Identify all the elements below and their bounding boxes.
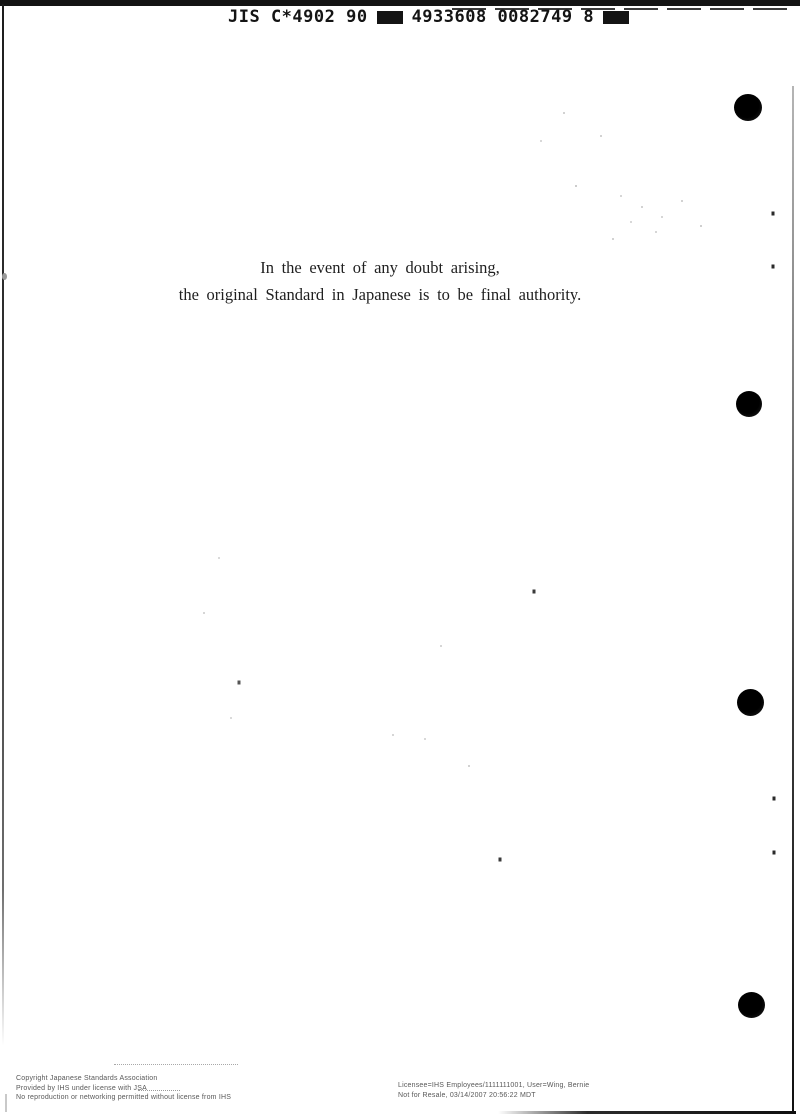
authority-notice-line-2: the original Standard in Japanese is to … xyxy=(20,281,740,308)
licensee-line: Licensee=IHS Employees/1111111001, User=… xyxy=(398,1081,589,1091)
no-reproduction-line: No reproduction or networking permitted … xyxy=(16,1093,231,1103)
left-edge-scan-blob xyxy=(2,273,7,280)
punch-hole xyxy=(738,992,765,1018)
copyright-line: Copyright Japanese Standards Association xyxy=(16,1074,231,1084)
top-border-bar xyxy=(0,0,800,6)
authority-notice: In the event of any doubt arising, the o… xyxy=(20,254,740,308)
license-footer: Licensee=IHS Employees/1111111001, User=… xyxy=(398,1081,589,1100)
bottom-edge-scan-line xyxy=(498,1111,796,1114)
standard-code-suffix: 4933608 0082749 8 xyxy=(412,7,595,27)
not-for-resale-line: Not for Resale, 03/14/2007 20:56:22 MDT xyxy=(398,1091,589,1101)
right-edge-scan-line xyxy=(792,86,794,1114)
filled-block-icon xyxy=(377,11,403,24)
scanned-standard-page: JIS C*4902 90 4933608 0082749 8 In the e… xyxy=(0,0,800,1118)
scan-dotted-artifact xyxy=(114,1064,238,1067)
copyright-footer: Copyright Japanese Standards Association… xyxy=(16,1074,231,1103)
punch-hole xyxy=(737,689,764,716)
scan-specks-faint xyxy=(0,0,2,2)
punch-hole xyxy=(734,94,762,121)
punch-hole xyxy=(736,391,762,417)
left-edge-scan-line-remnant xyxy=(5,1094,7,1112)
filled-block-icon xyxy=(603,11,629,24)
authority-notice-line-1: In the event of any doubt arising, xyxy=(20,254,740,281)
standard-code-header: JIS C*4902 90 4933608 0082749 8 xyxy=(228,7,629,27)
standard-code-prefix: JIS C*4902 90 xyxy=(228,7,368,27)
left-edge-scan-line xyxy=(2,4,4,1046)
provided-by-line: Provided by IHS under license with JSA xyxy=(16,1084,231,1094)
